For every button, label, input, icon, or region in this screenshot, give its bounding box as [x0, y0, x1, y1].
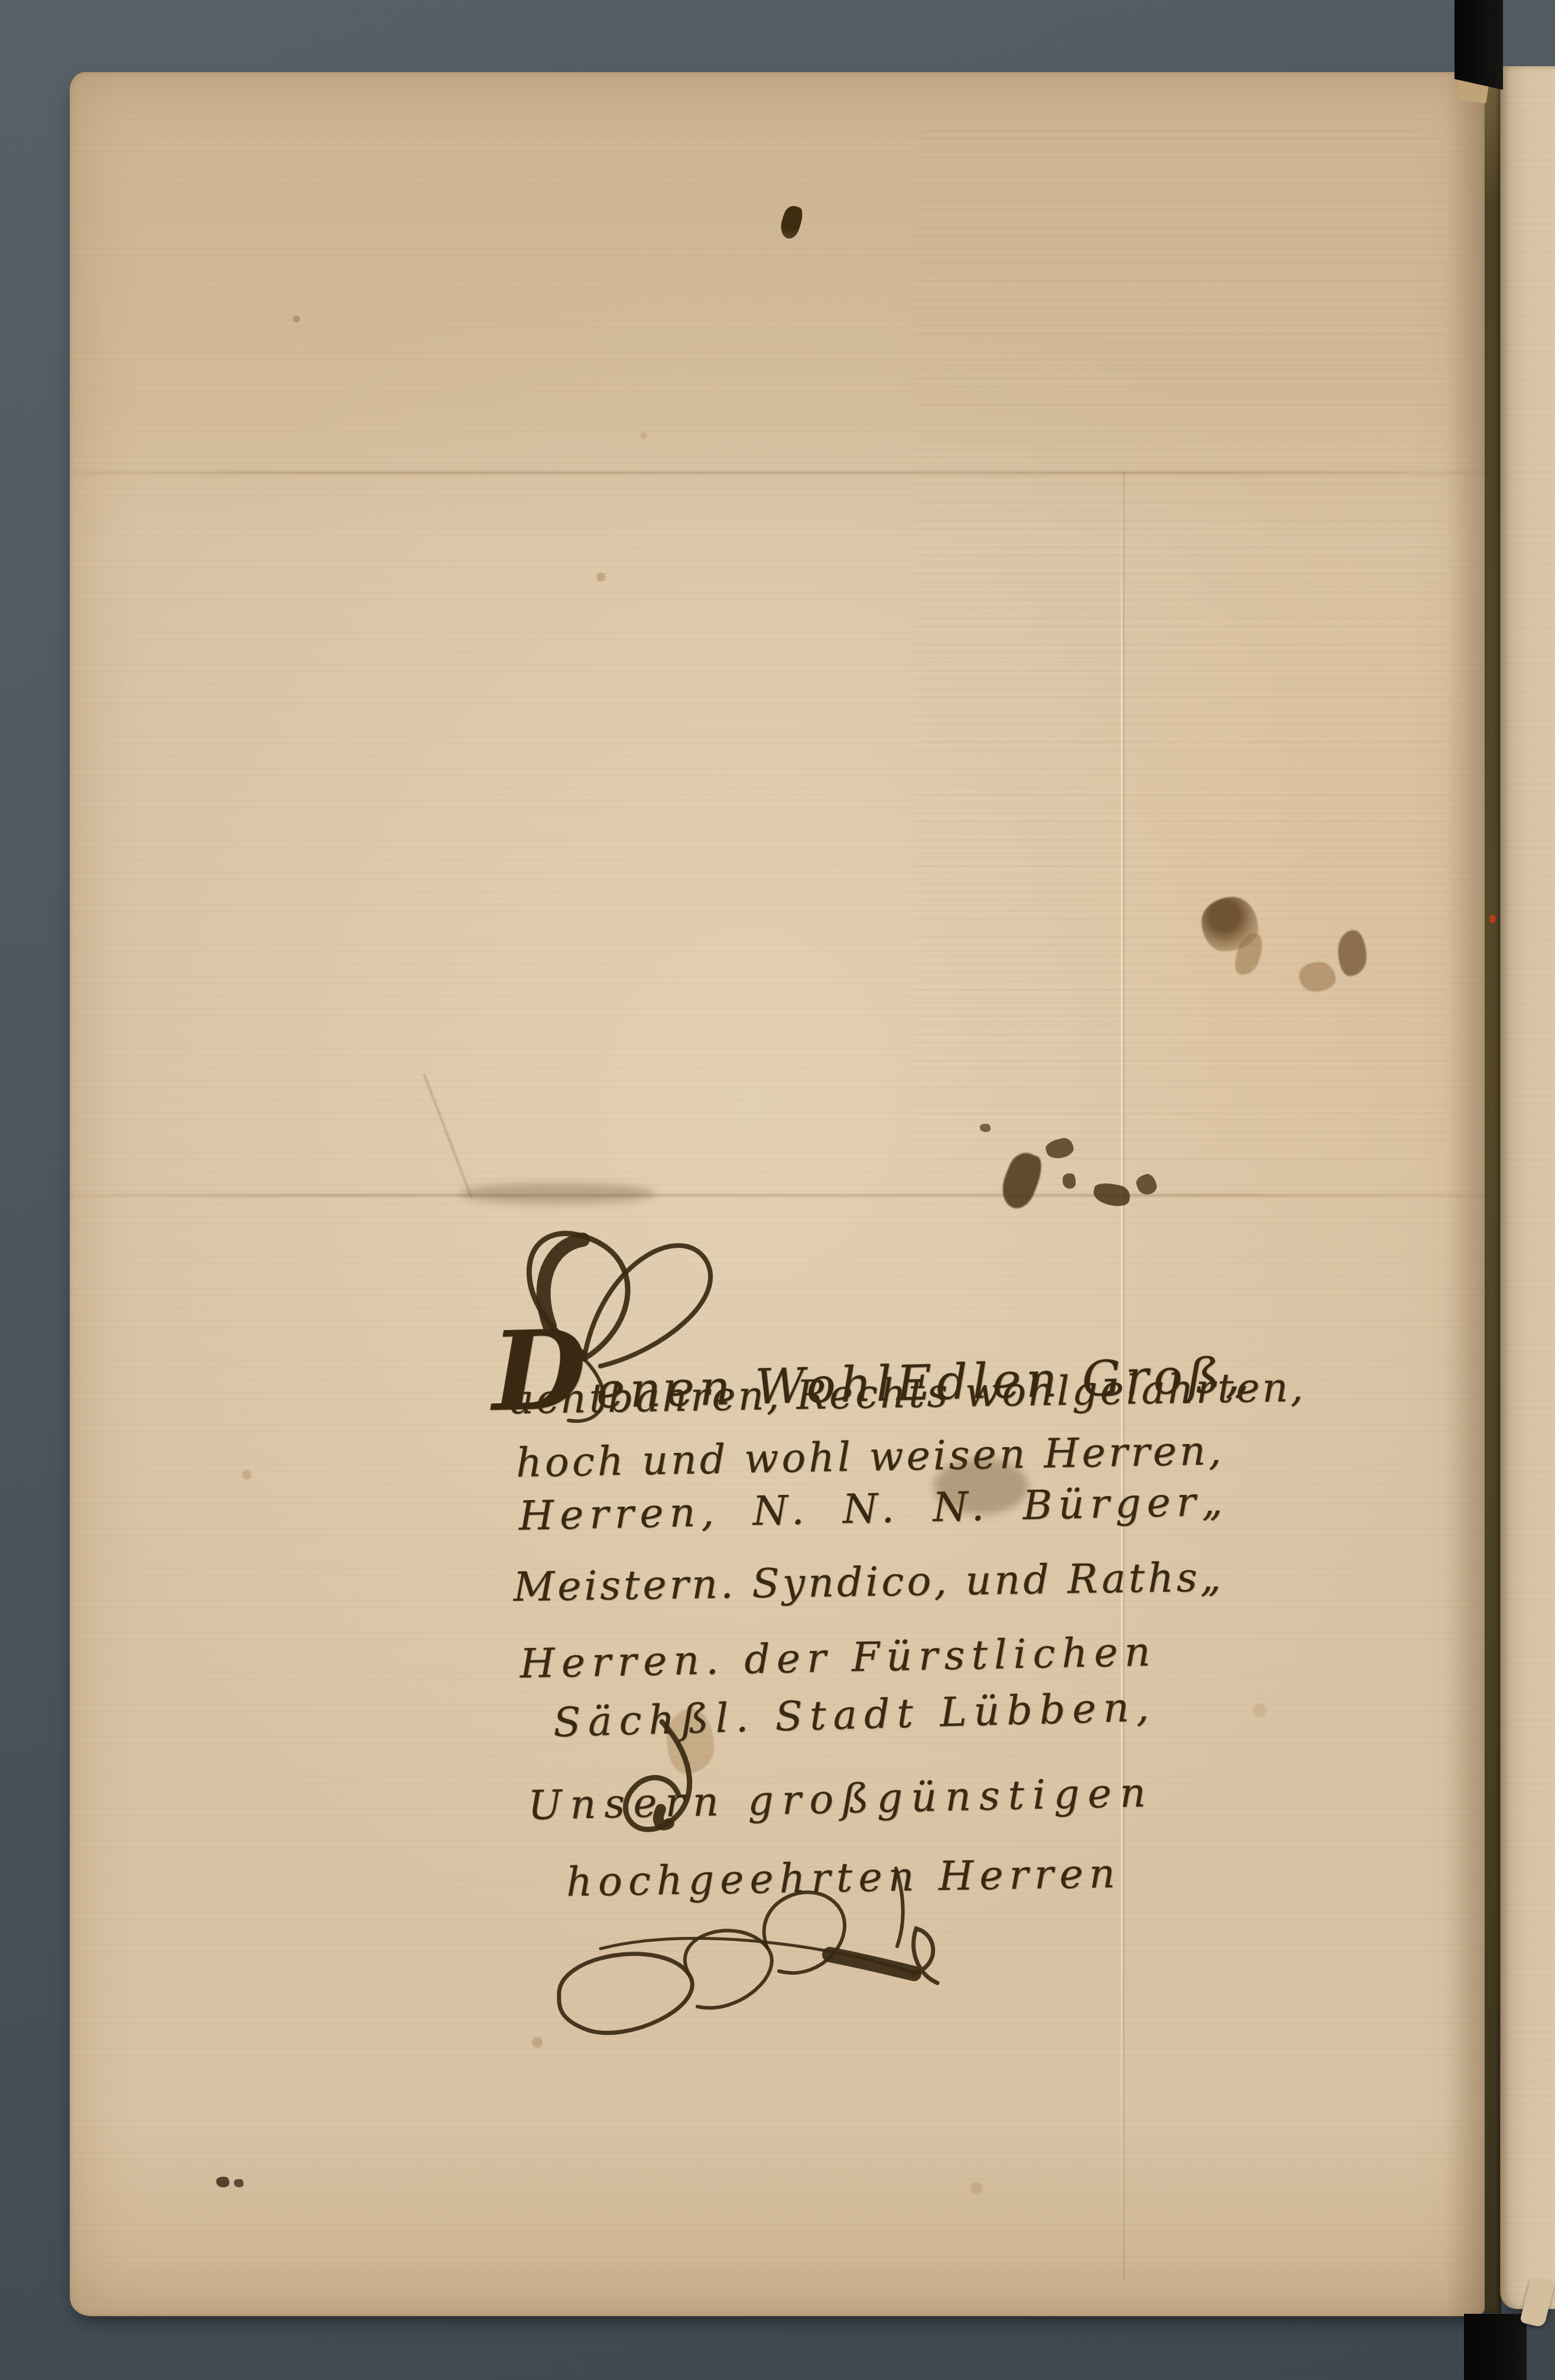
address-line-3: hoch und wohl weisen Herren, [515, 1428, 1224, 1487]
manuscript-page: Denen WohlEdlen Groß„ achtbahren, Rechts… [70, 72, 1486, 2316]
red-wax-speck [1489, 915, 1496, 923]
address-line-9: hochgeehrten Herren [566, 1851, 1122, 1906]
address-block: Denen WohlEdlen Groß„ achtbahren, Rechts… [62, 67, 1494, 2322]
adjacent-page-edge [1500, 66, 1555, 2309]
photo-background: Denen WohlEdlen Groß„ achtbahren, Rechts… [0, 0, 1555, 2380]
address-line-8: Unsern großgünstigen [527, 1770, 1154, 1829]
address-line-5: Meistern. Syndico, und Raths„ [513, 1554, 1224, 1611]
address-line-7: Sächßl. Stadt Lübben, [553, 1684, 1157, 1747]
binding-ribbon-top [1455, 0, 1503, 90]
address-line-6: Herren. der Fürstlichen [520, 1628, 1157, 1688]
binding-ribbon-bottom [1464, 2314, 1527, 2380]
address-line-4: Herren, N. N. N. Bürger„ [518, 1478, 1229, 1540]
page-gutter-shadow [1485, 71, 1501, 2313]
